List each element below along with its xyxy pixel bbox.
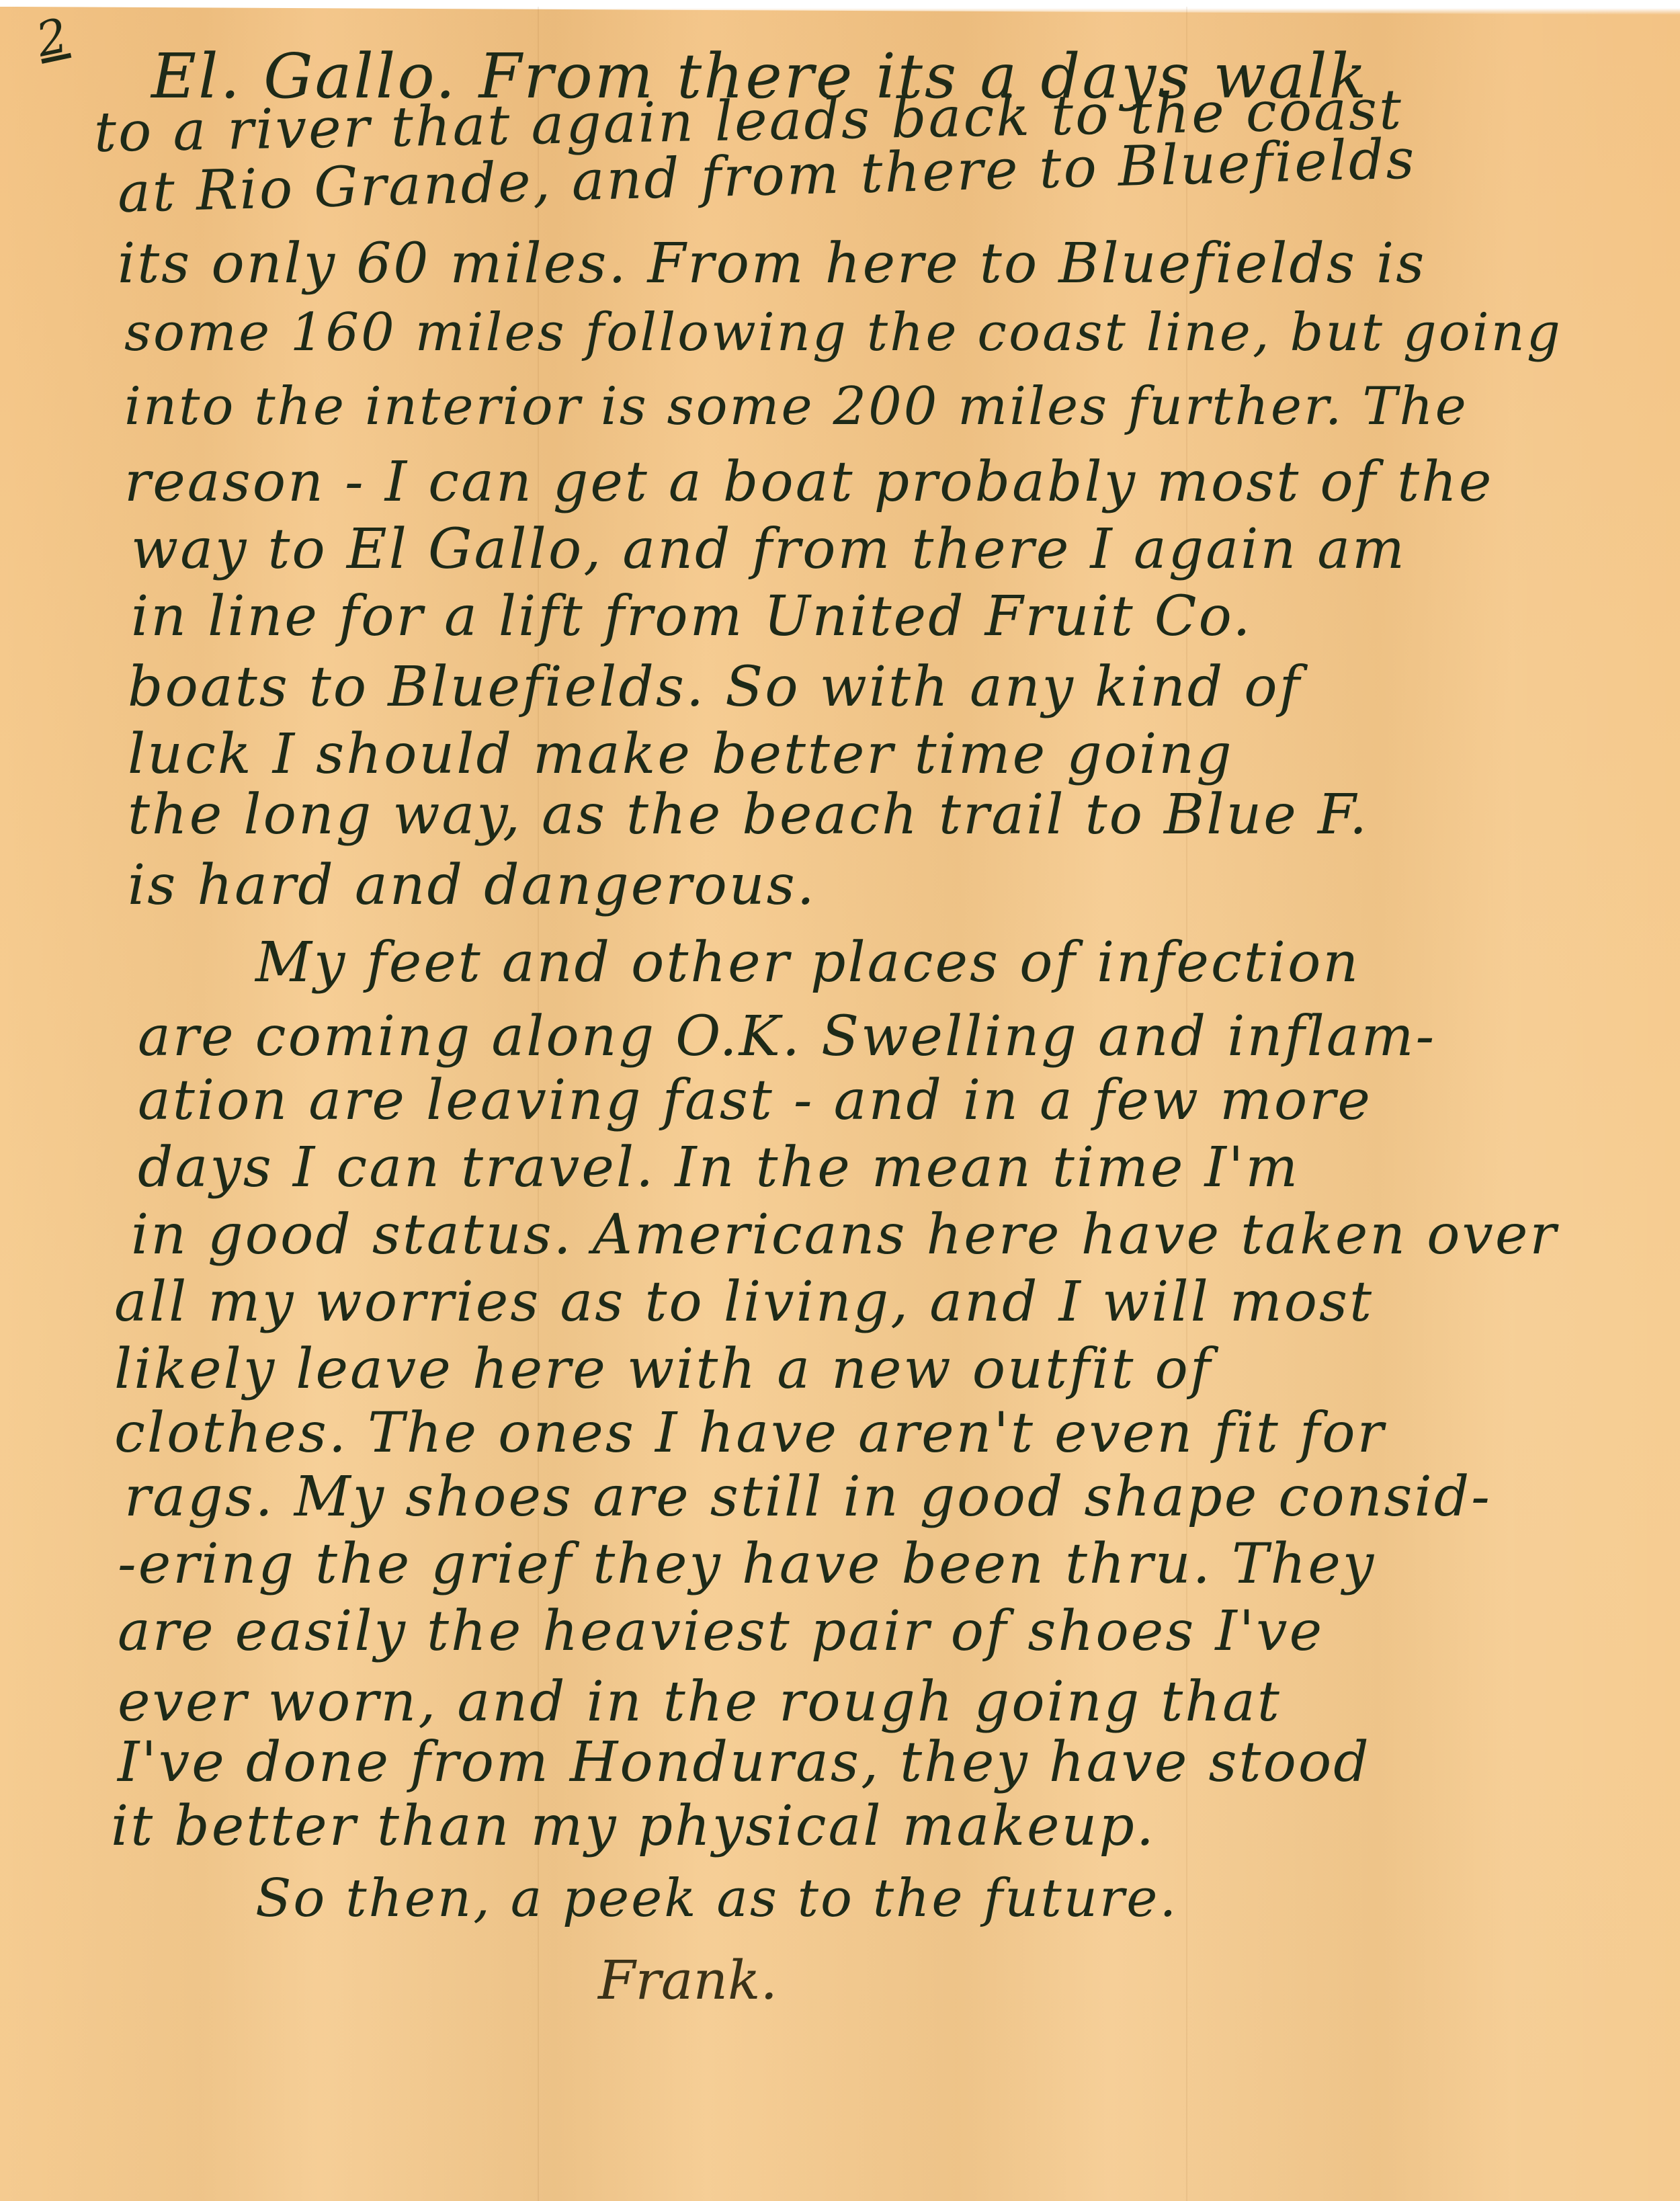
- letter-line: the long way, as the beach trail to Blue…: [128, 783, 1369, 847]
- letter-line: boats to Bluefields. So with any kind of: [128, 655, 1302, 719]
- letter-line: some 160 miles following the coast line,…: [124, 302, 1562, 363]
- letter-line: ation are leaving fast - and in a few mo…: [138, 1069, 1372, 1132]
- letter-line: My feet and other places of infection: [255, 931, 1360, 995]
- letter-line: rags. My shoes are still in good shape c…: [124, 1465, 1492, 1529]
- letter-line: ever worn, and in the rough going that: [118, 1670, 1282, 1734]
- letter-line: luck I should make better time going: [128, 722, 1234, 786]
- letter-line: clothes. The ones I have aren't even fit…: [114, 1401, 1386, 1465]
- letter-line: in good status. Americans here have take…: [131, 1203, 1558, 1267]
- letter-line: reason - I can get a boat probably most …: [124, 450, 1493, 514]
- letter-line: are coming along O.K. Swelling and infla…: [138, 1005, 1436, 1069]
- letter-line: likely leave here with a new outfit of: [114, 1337, 1212, 1401]
- letter-line: -ering the grief they have been thru. Th…: [118, 1532, 1376, 1596]
- signature: Frank.: [598, 1949, 778, 2011]
- letter-line: into the interior is some 200 miles furt…: [124, 376, 1468, 437]
- letter-line: are easily the heaviest pair of shoes I'…: [118, 1600, 1324, 1663]
- letter-line: its only 60 miles. From here to Bluefiel…: [118, 232, 1426, 296]
- letter-line: in line for a lift from United Fruit Co.: [131, 585, 1253, 649]
- letter-line: I've done from Honduras, they have stood: [118, 1731, 1371, 1794]
- letter-line: days I can travel. In the mean time I'm: [138, 1136, 1300, 1200]
- letter-line: way to El Gallo, and from there I again …: [131, 517, 1406, 581]
- letter-line: is hard and dangerous.: [128, 854, 816, 917]
- letter-line: So then, a peek as to the future.: [255, 1868, 1178, 1929]
- letter-line: all my worries as to living, and I will …: [114, 1270, 1374, 1334]
- letter-line: it better than my physical makeup.: [111, 1794, 1156, 1858]
